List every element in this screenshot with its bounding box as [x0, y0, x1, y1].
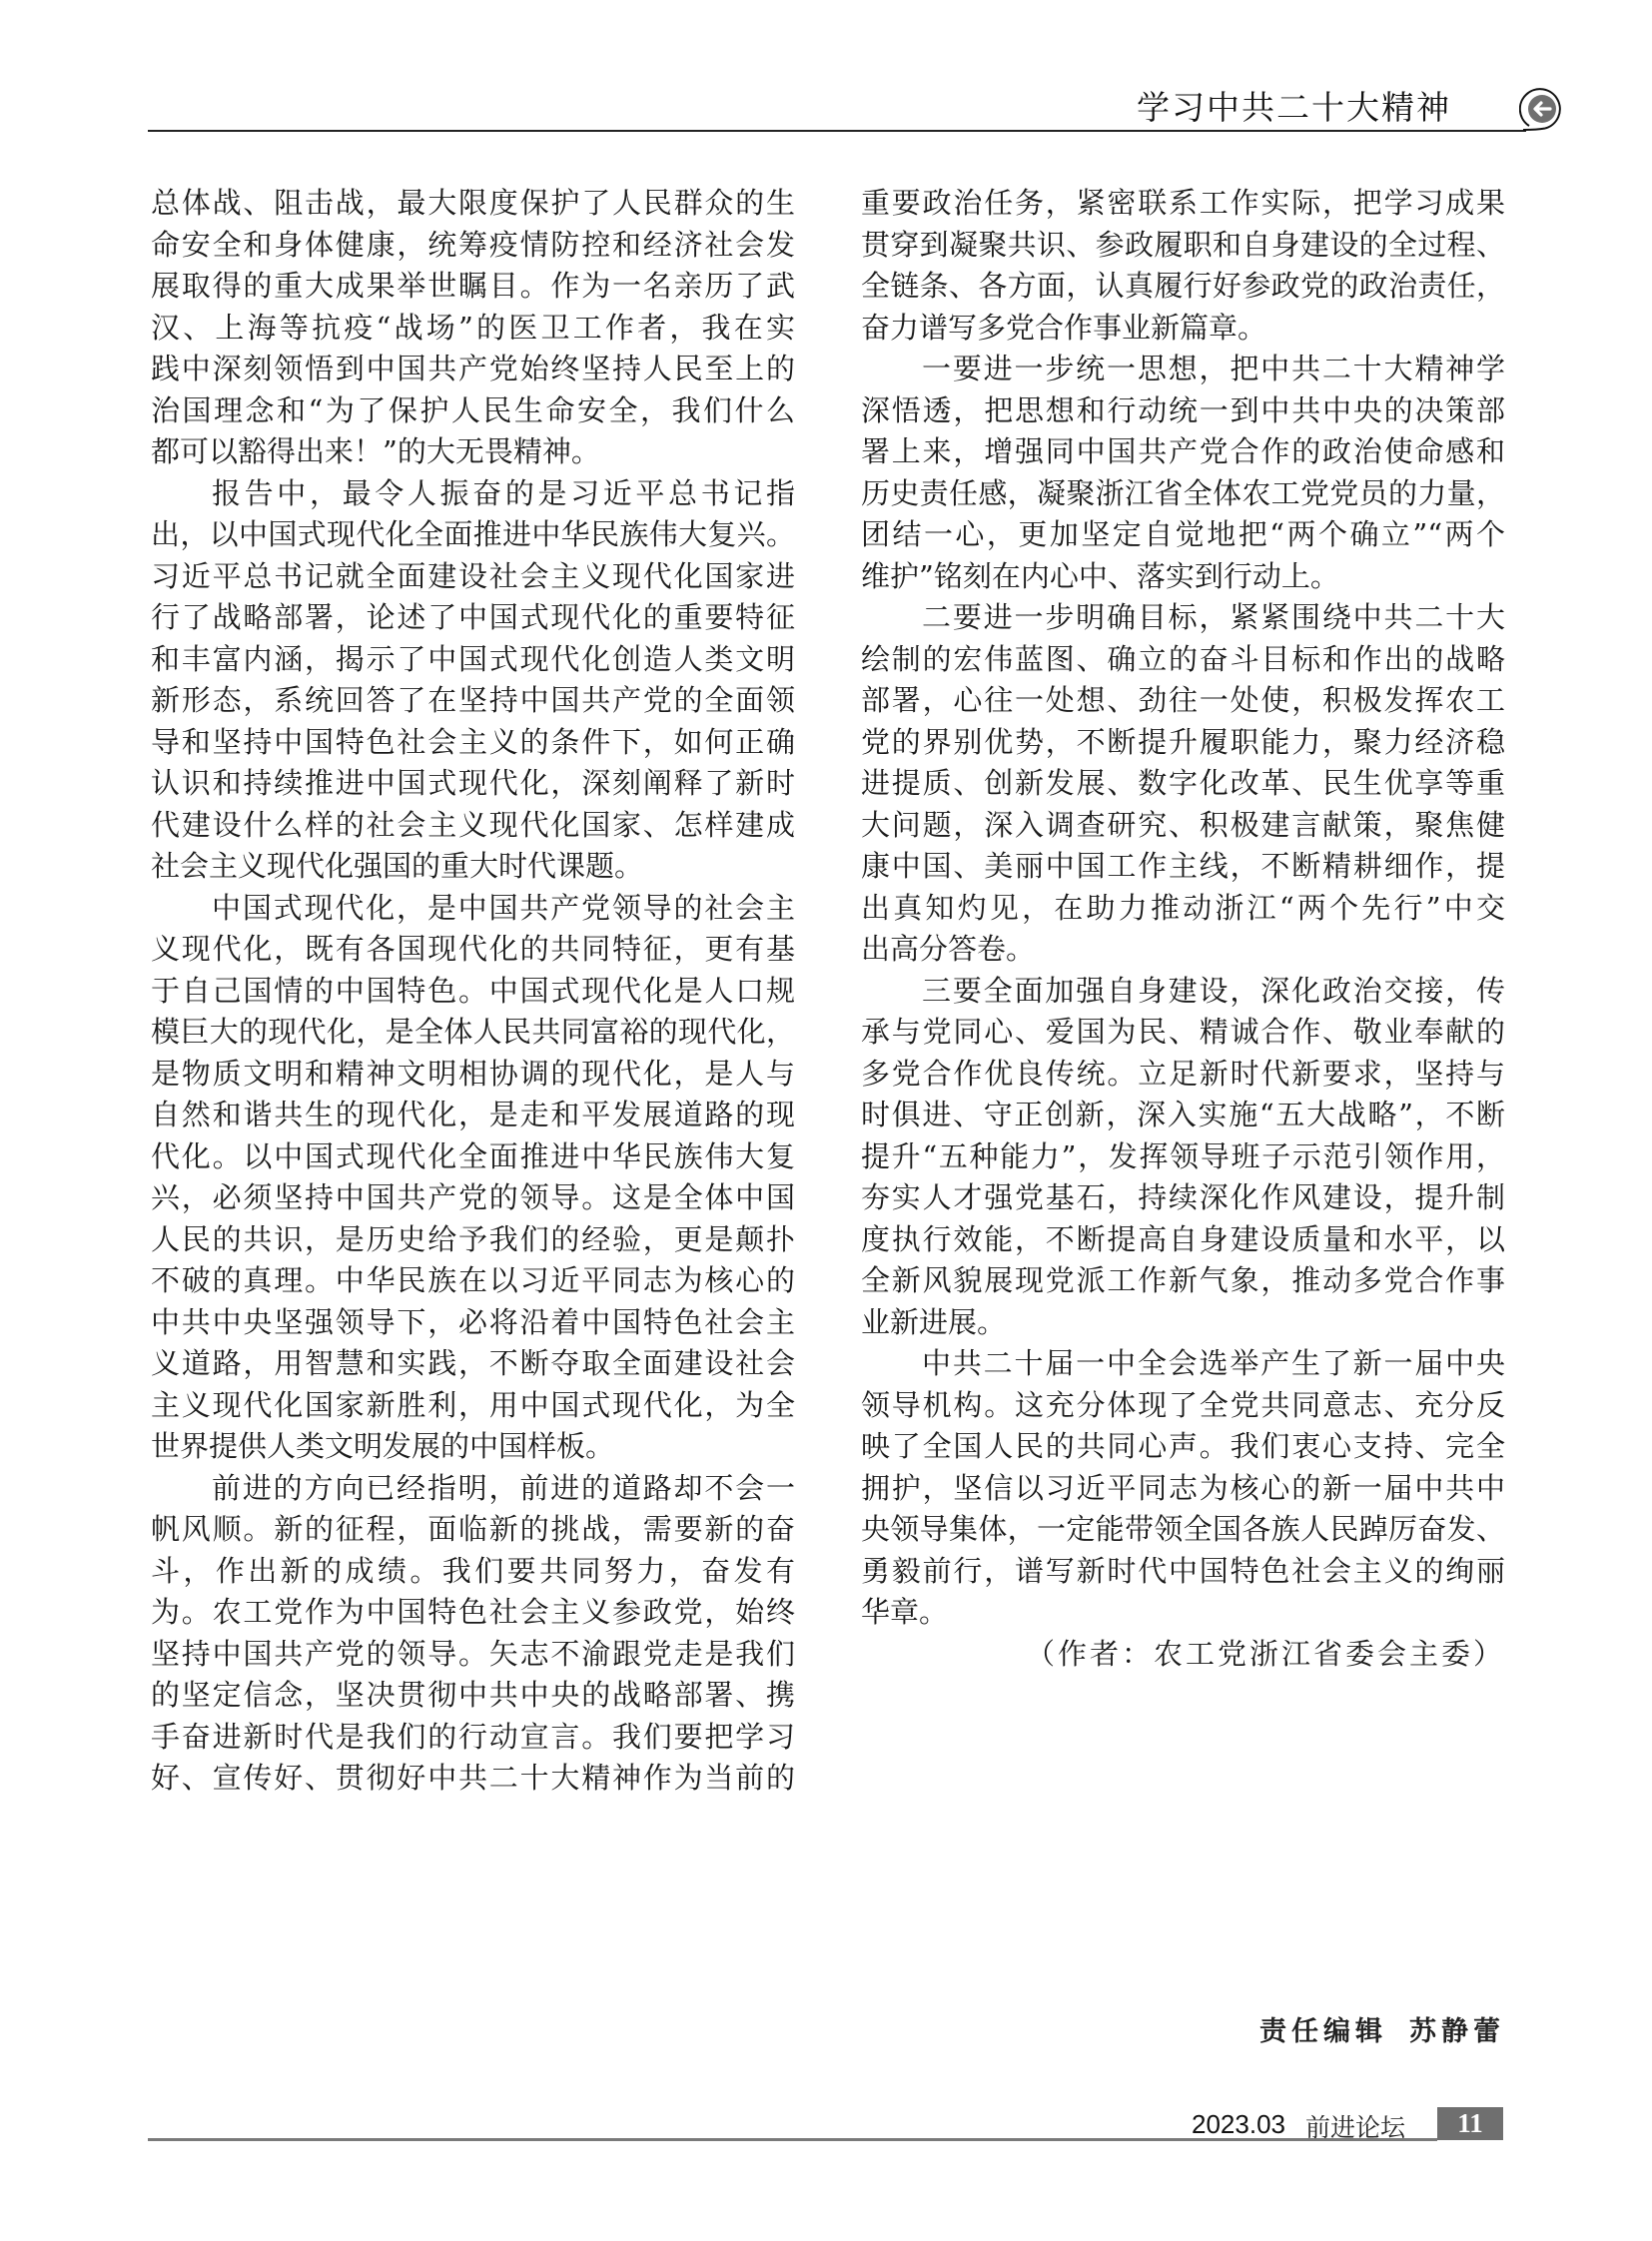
circled-left-arrow-icon: [1519, 87, 1563, 131]
text-line: 汉、上海等抗疫“战场”的医卫工作者，我在实: [151, 308, 795, 350]
text-line: 深悟透，把思想和行动统一到中共中央的决策部: [861, 390, 1505, 432]
text-line: 时俱进、守正创新，深入实施“五大战略”，不断: [861, 1095, 1505, 1136]
text-line: 义道路，用智慧和实践，不断夺取全面建设社会: [151, 1343, 795, 1385]
text-line: 勇毅前行，谱写新时代中国特色社会主义的绚丽: [861, 1551, 1505, 1593]
text-line: 是物质文明和精神文明相协调的现代化，是人与: [151, 1054, 795, 1096]
page-footer: 2023.03 前进论坛 11: [0, 2097, 1652, 2157]
text-line: 斗，作出新的成绩。我们要共同努力，奋发有: [151, 1551, 795, 1593]
text-line: 维护”铭刻在内心中、落实到行动上。: [861, 556, 1505, 598]
text-line: 命安全和身体健康，统筹疫情防控和经济社会发: [151, 225, 795, 267]
text-line: 社会主义现代化强国的重大时代课题。: [151, 846, 795, 888]
text-line: 践中深刻领悟到中国共产党始终坚持人民至上的: [151, 349, 795, 390]
text-line: 义现代化，既有各国现代化的共同特征，更有基: [151, 929, 795, 971]
text-line: 二要进一步明确目标，紧紧围绕中共二十大: [861, 597, 1505, 639]
article-column-left: 总体战、阻击战，最大限度保护了人民群众的生命安全和身体健康，统筹疫情防控和经济社…: [151, 183, 795, 1800]
text-line: 三要全面加强自身建设，深化政治交接，传: [861, 971, 1505, 1013]
text-line: 全链条、各方面，认真履行好参政党的政治责任，: [861, 266, 1505, 308]
text-line: 一要进一步统一思想，把中共二十大精神学: [861, 349, 1505, 390]
text-line: 重要政治任务，紧密联系工作实际，把学习成果: [861, 183, 1505, 225]
editor-label: 责任编辑: [1259, 2016, 1387, 2047]
text-line: 认识和持续推进中国式现代化，深刻阐释了新时: [151, 763, 795, 805]
text-line: 代建设什么样的社会主义现代化国家、怎样建成: [151, 805, 795, 847]
text-line: 新形态，系统回答了在坚持中国共产党的全面领: [151, 680, 795, 722]
text-line: 报告中，最令人振奋的是习近平总书记指: [151, 473, 795, 515]
editor-credit: 责任编辑苏静蕾: [861, 2009, 1505, 2048]
text-line: 的坚定信念，坚决贯彻中共中央的战略部署、携: [151, 1675, 795, 1717]
text-line: 人民的共识，是历史给予我们的经验，更是颠扑: [151, 1219, 795, 1261]
text-line: 手奋进新时代是我们的行动宣言。我们要把学习: [151, 1717, 795, 1759]
text-line: 都可以豁得出来！”的大无畏精神。: [151, 431, 795, 473]
section-title: 学习中共二十大精神: [1137, 88, 1451, 128]
text-line: 中共中央坚强领导下，必将沿着中国特色社会主: [151, 1302, 795, 1344]
text-line: 主义现代化国家新胜利，用中国式现代化，为全: [151, 1385, 795, 1427]
text-line: 中共二十届一中全会选举产生了新一届中央: [861, 1343, 1505, 1385]
text-line: 夯实人才强党基石，持续深化作风建设，提升制: [861, 1177, 1505, 1219]
text-line: 好、宣传好、贯彻好中共二十大精神作为当前的: [151, 1758, 795, 1800]
text-line: 于自己国情的中国特色。中国式现代化是人口规: [151, 971, 795, 1013]
text-line: 提升“五种能力”，发挥领导班子示范引领作用，: [861, 1136, 1505, 1178]
editor-name: 苏静蕾: [1409, 2016, 1505, 2047]
header-rule: [148, 130, 1526, 132]
text-line: 治国理念和“为了保护人民生命安全，我们什么: [151, 390, 795, 432]
article-column-right: 重要政治任务，紧密联系工作实际，把学习成果贯穿到凝聚共识、参政履职和自身建设的全…: [861, 183, 1505, 1675]
text-line: 团结一心，更加坚定自觉地把“两个确立”“两个: [861, 514, 1505, 556]
text-line: 承与党同心、爱国为民、精诚合作、敬业奉献的: [861, 1012, 1505, 1054]
text-line: 总体战、阻击战，最大限度保护了人民群众的生: [151, 183, 795, 225]
text-line: 业新进展。: [861, 1302, 1505, 1344]
issue-date: 2023.03: [1192, 2109, 1285, 2140]
text-line: 署上来，增强同中国共产党合作的政治使命感和: [861, 431, 1505, 473]
text-line: 出真知灼见，在助力推动浙江“两个先行”中交: [861, 888, 1505, 930]
text-line: 坚持中国共产党的领导。矢志不渝跟党走是我们: [151, 1634, 795, 1676]
text-line: 全新风貌展现党派工作新气象，推动多党合作事: [861, 1260, 1505, 1302]
text-line: 党的界别优势，不断提升履职能力，聚力经济稳: [861, 722, 1505, 764]
text-line: 世界提供人类文明发展的中国样板。: [151, 1426, 795, 1468]
text-line: 为。农工党作为中国特色社会主义参政党，始终: [151, 1592, 795, 1634]
text-line: 出高分答卷。: [861, 929, 1505, 971]
text-line: 不破的真理。中华民族在以习近平同志为核心的: [151, 1260, 795, 1302]
page-header: 学习中共二十大精神: [148, 0, 1566, 140]
text-line: 代化。以中国式现代化全面推进中华民族伟大复: [151, 1136, 795, 1178]
text-line: 兴，必须坚持中国共产党的领导。这是全体中国: [151, 1177, 795, 1219]
text-line: 出，以中国式现代化全面推进中华民族伟大复兴。: [151, 514, 795, 556]
text-line: 模巨大的现代化，是全体人民共同富裕的现代化，: [151, 1012, 795, 1054]
page-number: 11: [1437, 2107, 1503, 2140]
text-line: 行了战略部署，论述了中国式现代化的重要特征: [151, 597, 795, 639]
text-line: 奋力谱写多党合作事业新篇章。: [861, 308, 1505, 350]
text-line: 领导机构。这充分体现了全党共同意志、充分反: [861, 1385, 1505, 1427]
text-line: 映了全国人民的共同心声。我们衷心支持、完全: [861, 1426, 1505, 1468]
footer-rule: [148, 2138, 1437, 2141]
text-line: 导和坚持中国特色社会主义的条件下，如何正确: [151, 722, 795, 764]
text-line: 进提质、创新发展、数字化改革、民生优享等重: [861, 763, 1505, 805]
text-line: 帆风顺。新的征程，面临新的挑战，需要新的奋: [151, 1509, 795, 1551]
text-line: 和丰富内涵，揭示了中国式现代化创造人类文明: [151, 639, 795, 681]
text-line: 绘制的宏伟蓝图、确立的奋斗目标和作出的战略: [861, 639, 1505, 681]
text-line: 历史责任感，凝聚浙江省全体农工党党员的力量，: [861, 473, 1505, 515]
text-line: 习近平总书记就全面建设社会主义现代化国家进: [151, 556, 795, 598]
text-line: 部署，心往一处想、劲往一处使，积极发挥农工: [861, 680, 1505, 722]
text-line: 康中国、美丽中国工作主线，不断精耕细作，提: [861, 846, 1505, 888]
text-line: 中国式现代化，是中国共产党领导的社会主: [151, 888, 795, 930]
text-line: 大问题，深入调查研究、积极建言献策，聚焦健: [861, 805, 1505, 847]
text-line: 央领导集体，一定能带领全国各族人民踔厉奋发、: [861, 1509, 1505, 1551]
text-line: 前进的方向已经指明，前进的道路却不会一: [151, 1468, 795, 1510]
text-line: 多党合作优良传统。立足新时代新要求，坚持与: [861, 1054, 1505, 1096]
text-line: 贯穿到凝聚共识、参政履职和自身建设的全过程、: [861, 225, 1505, 267]
text-line: 展取得的重大成果举世瞩目。作为一名亲历了武: [151, 266, 795, 308]
text-line: 自然和谐共生的现代化，是走和平发展道路的现: [151, 1095, 795, 1136]
text-line: 拥护，坚信以习近平同志为核心的新一届中共中: [861, 1468, 1505, 1510]
text-line: 度执行效能，不断提高自身建设质量和水平，以: [861, 1219, 1505, 1261]
author-note: （作者：农工党浙江省委会主委）: [861, 1634, 1505, 1676]
text-line: 华章。: [861, 1592, 1505, 1634]
